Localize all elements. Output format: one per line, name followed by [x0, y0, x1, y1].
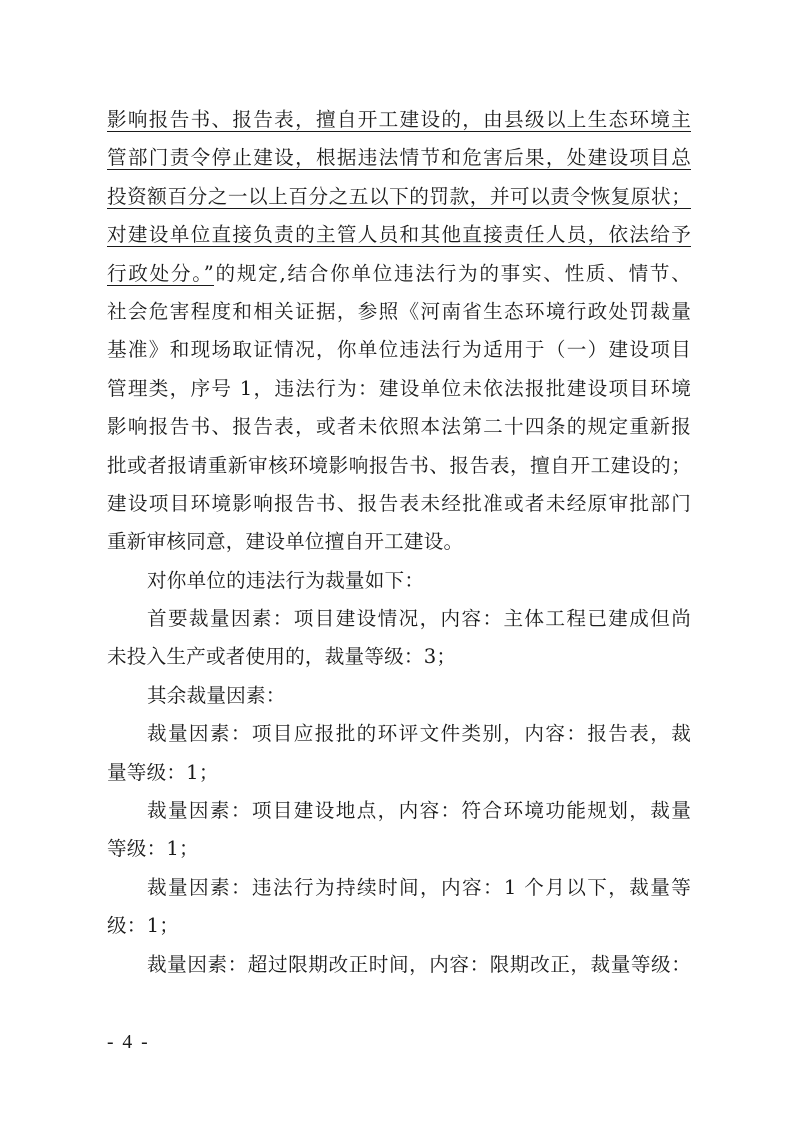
- body-text: 裁量因素：项目应报批的环评文件类别，内容：报告表，裁: [147, 722, 691, 745]
- text-line-1: 影响报告书、报告表，擅自开工建设的，由县级以上生态环境主: [107, 101, 691, 139]
- quoted-law-text: 对建设单位直接负责的主管人员和其他直接责任人员，依法给予: [107, 223, 691, 246]
- text-line-4: 对建设单位直接负责的主管人员和其他直接责任人员，依法给予: [107, 216, 691, 254]
- paragraph-factor-duration: 裁量因素：违法行为持续时间，内容：1 个月以下，裁量等: [107, 869, 691, 907]
- body-text: 影响报告书、报告表，或者未依照本法第二十四条的规定重新报: [107, 415, 691, 438]
- text-line-6: 社会危害程度和相关证据，参照《河南省生态环境行政处罚裁量: [107, 293, 691, 331]
- quoted-law-text: 影响报告书、报告表，擅自开工建设的，由县级以上生态环境主: [107, 108, 691, 131]
- text-line-15: 未投入生产或者使用的，裁量等级：3；: [107, 638, 691, 676]
- quoted-law-text: 行政处分。”: [107, 262, 214, 285]
- body-text: 管理类，序号 1，违法行为：建设单位未依法报批建设项目环境: [107, 377, 691, 400]
- text-line-11: 建设项目环境影响报告书、报告表未经批准或者未经原审批部门: [107, 485, 691, 523]
- paragraph-other-factors-heading: 其余裁量因素：: [107, 677, 691, 715]
- body-text: 裁量因素：违法行为持续时间，内容：1 个月以下，裁量等: [147, 876, 691, 899]
- paragraph-factor-overdue: 裁量因素：超过限期改正时间，内容：限期改正，裁量等级：: [107, 946, 691, 984]
- body-text: 级：1；: [107, 914, 179, 937]
- text-line-12: 重新审核同意，建设单位擅自开工建设。: [107, 523, 691, 561]
- text-line-5: 行政处分。”的规定,结合你单位违法行为的事实、性质、情节、: [107, 255, 691, 293]
- paragraph-primary-factor: 首要裁量因素：项目建设情况，内容：主体工程已建成但尚: [107, 600, 691, 638]
- text-line-9: 影响报告书、报告表，或者未依照本法第二十四条的规定重新报: [107, 408, 691, 446]
- text-line-22: 级：1；: [107, 907, 691, 945]
- body-text: 量等级：1；: [107, 761, 219, 784]
- body-text: 未投入生产或者使用的，裁量等级：3；: [107, 645, 456, 668]
- body-text: 的规定,结合你单位违法行为的事实、性质、情节、: [214, 262, 691, 285]
- body-text: 对你单位的违法行为裁量如下：: [147, 569, 424, 592]
- text-line-7: 基准》和现场取证情况，你单位违法行为适用于（一）建设项目: [107, 331, 691, 369]
- paragraph-factor-location: 裁量因素：项目建设地点，内容：符合环境功能规划，裁量: [107, 792, 691, 830]
- body-text: 其余裁量因素：: [147, 684, 286, 707]
- body-text: 首要裁量因素：项目建设情况，内容：主体工程已建成但尚: [147, 607, 691, 630]
- document-page: 影响报告书、报告表，擅自开工建设的，由县级以上生态环境主 管部门责令停止建设，根…: [107, 101, 691, 984]
- quoted-law-text: 管部门责令停止建设，根据违法情节和危害后果，处建设项目总: [107, 146, 691, 169]
- text-line-20: 等级：1；: [107, 830, 691, 868]
- body-text: 裁量因素：超过限期改正时间，内容：限期改正，裁量等级：: [147, 953, 691, 976]
- body-text: 重新审核同意，建设单位擅自开工建设。: [107, 530, 463, 553]
- text-line-18: 量等级：1；: [107, 754, 691, 792]
- text-line-2: 管部门责令停止建设，根据违法情节和危害后果，处建设项目总: [107, 139, 691, 177]
- body-text: 批或者报请重新审核环境影响报告书、报告表，擅自开工建设的；: [107, 454, 691, 477]
- text-line-8: 管理类，序号 1，违法行为：建设单位未依法报批建设项目环境: [107, 370, 691, 408]
- paragraph-factor-eia-category: 裁量因素：项目应报批的环评文件类别，内容：报告表，裁: [107, 715, 691, 753]
- page-number: - 4 -: [107, 1028, 150, 1058]
- paragraph-discretion-intro: 对你单位的违法行为裁量如下：: [107, 562, 691, 600]
- body-text: 建设项目环境影响报告书、报告表未经批准或者未经原审批部门: [107, 492, 691, 515]
- body-text: 基准》和现场取证情况，你单位违法行为适用于（一）建设项目: [107, 338, 691, 361]
- body-text: 裁量因素：项目建设地点，内容：符合环境功能规划，裁量: [147, 799, 691, 822]
- body-text: 社会危害程度和相关证据，参照《河南省生态环境行政处罚裁量: [107, 300, 691, 323]
- body-text: 等级：1；: [107, 837, 199, 860]
- text-line-10: 批或者报请重新审核环境影响报告书、报告表，擅自开工建设的；: [107, 447, 691, 485]
- quoted-law-text: 投资额百分之一以上百分之五以下的罚款，并可以责令恢复原状；: [107, 185, 691, 208]
- text-line-3: 投资额百分之一以上百分之五以下的罚款，并可以责令恢复原状；: [107, 178, 691, 216]
